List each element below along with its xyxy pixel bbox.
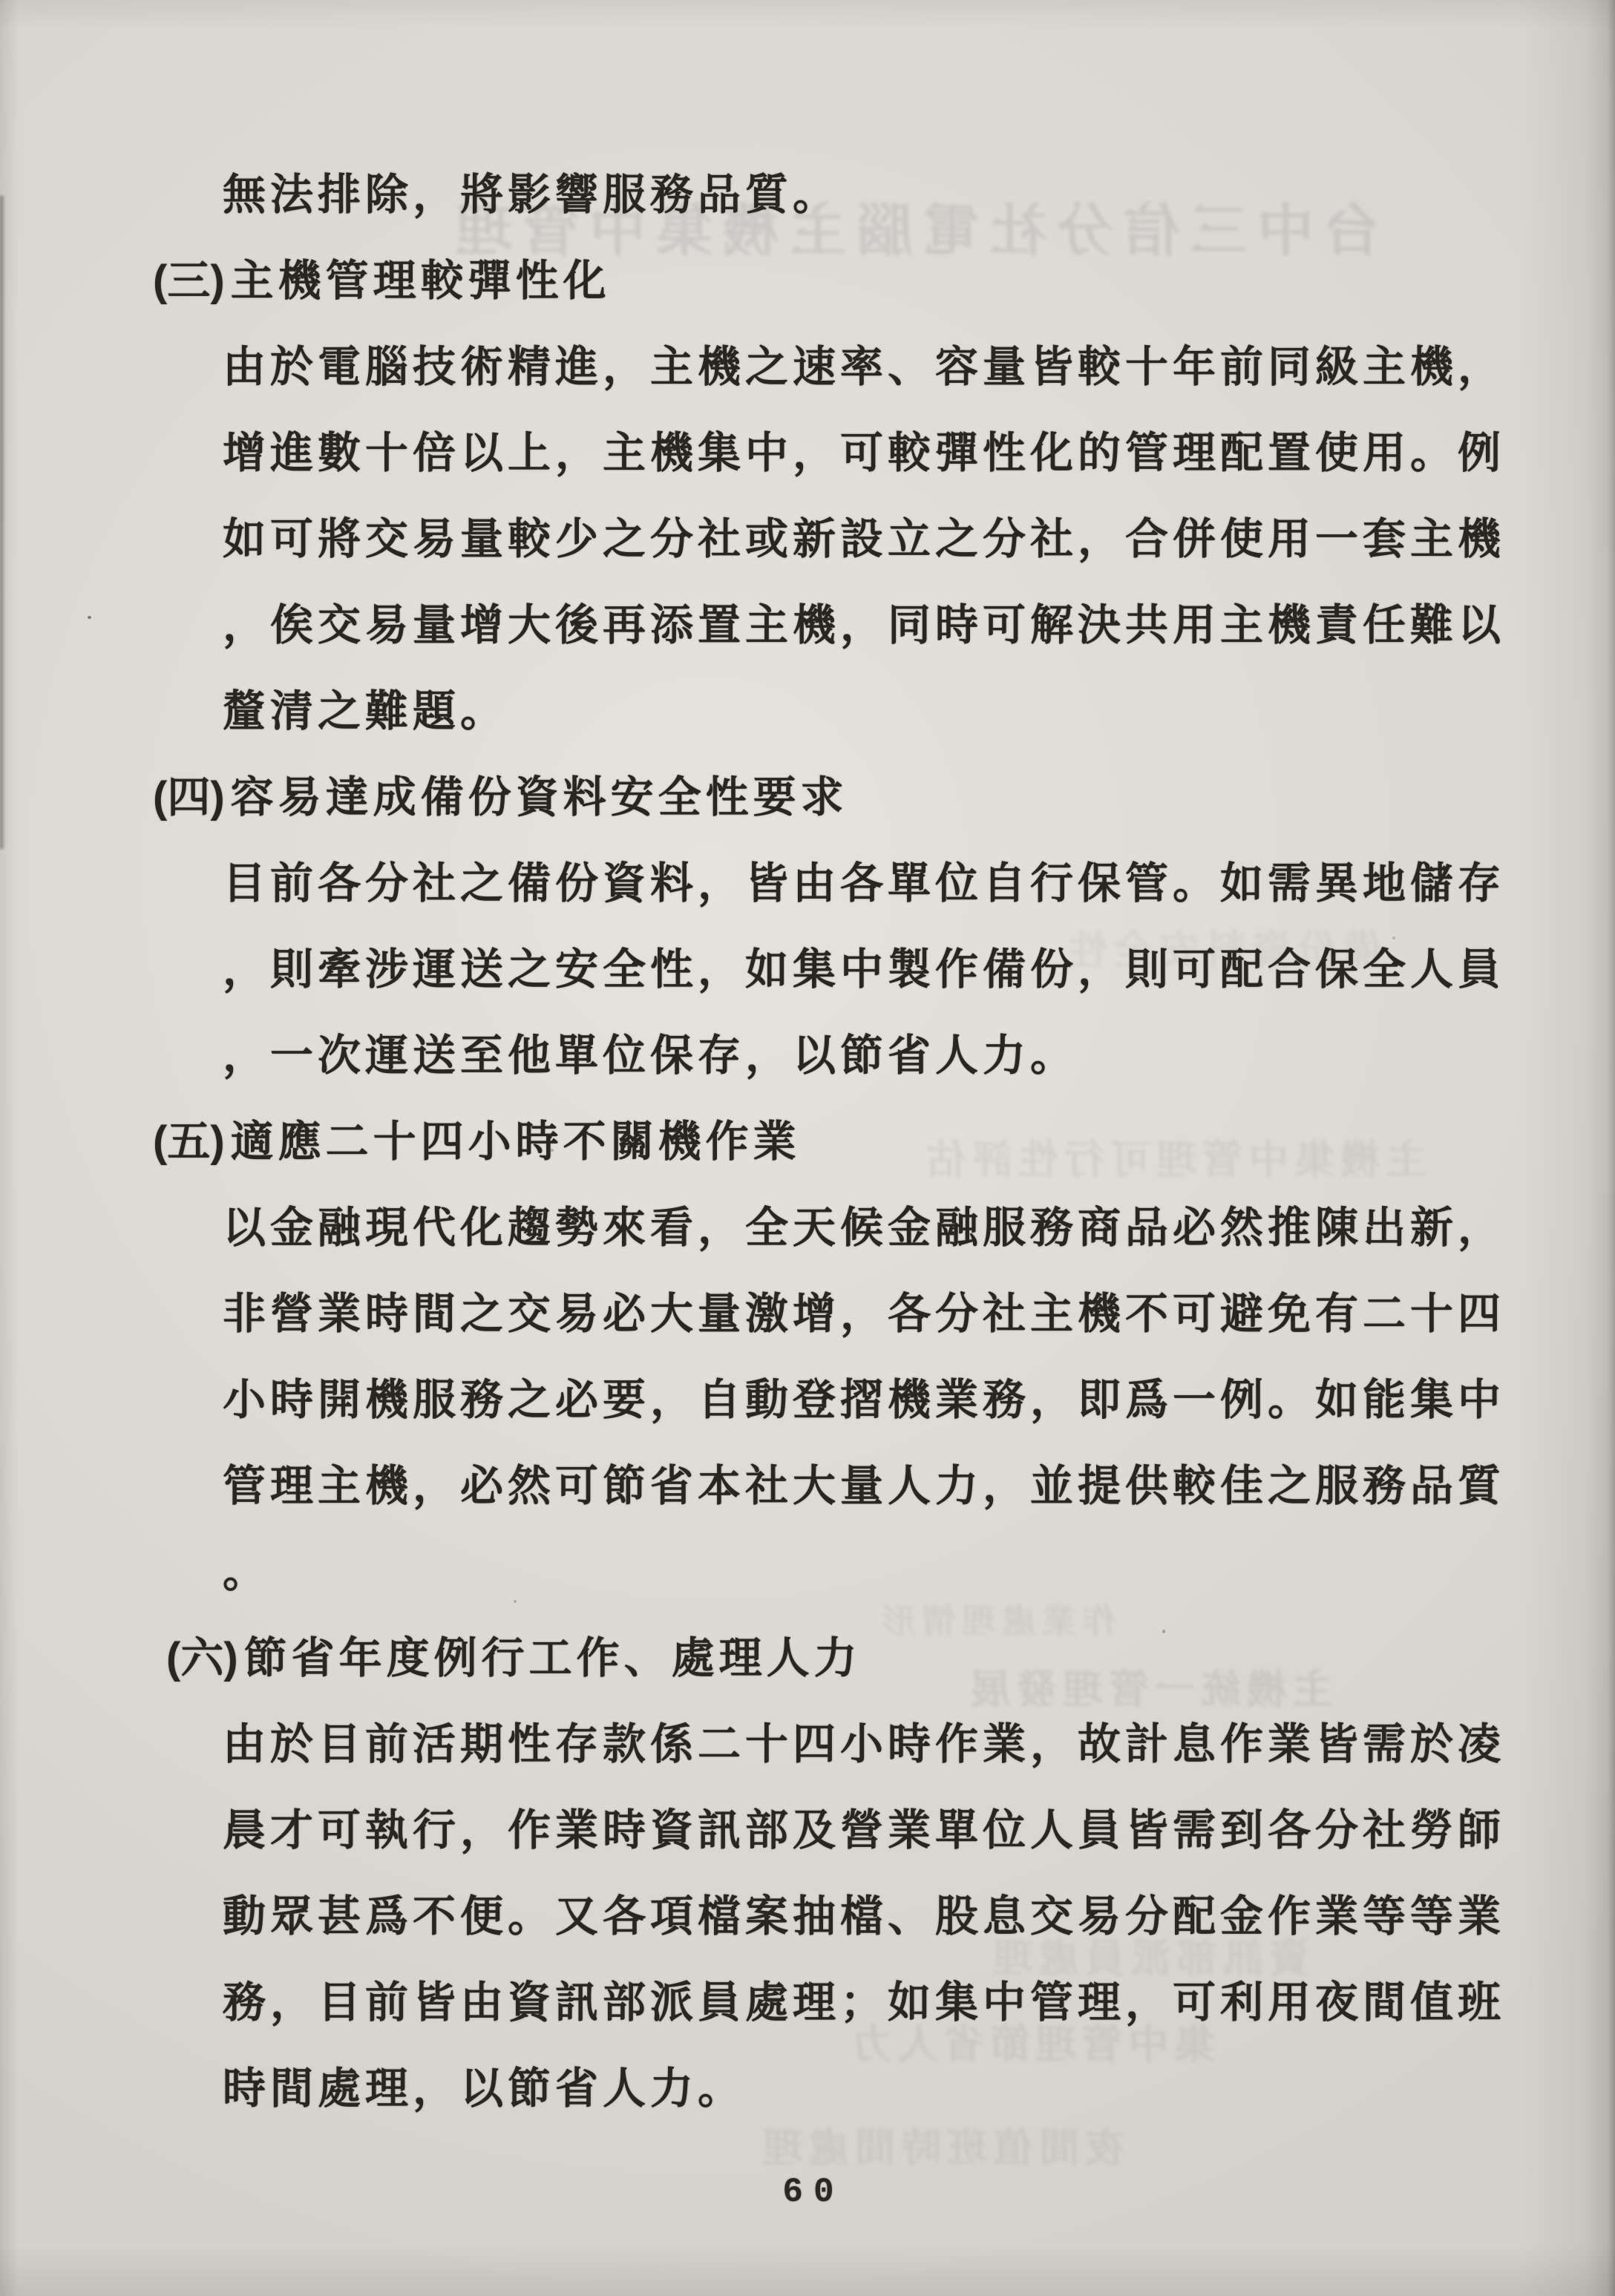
line-text: 增進數十倍以上，主機集中，可較彈性化的管理配置使用。例 — [223, 418, 1505, 480]
section-title: 主機管理較彈性化 — [231, 246, 611, 308]
text-line: 。 — [0, 1525, 1615, 1611]
line-text: 由於目前活期性存款係二十四小時作業，故計息作業皆需於凌 — [223, 1709, 1505, 1771]
scanned-document-page: 台中三信分社電腦主機集中管理 主機集中管理可行性評估 備份資料安全性 主機統一管… — [0, 0, 1615, 2296]
text-line: 無法排除，將影響服務品質。 — [0, 148, 1615, 234]
line-text: 。 — [223, 1537, 270, 1599]
line-text: ，則牽涉運送之安全性，如集中製作備份，則可配合保全人員 — [223, 934, 1505, 997]
section-title: 容易達成備份資料安全性要求 — [231, 762, 848, 824]
line-text: 動眾甚爲不便。又各項檔案抽檔、股息交易分配金作業等等業 — [223, 1881, 1505, 1944]
dust-speck — [1162, 1630, 1165, 1633]
line-text: ，一次運送至他單位保存，以節省人力。 — [223, 1020, 1078, 1083]
page-text: 無法排除，將影響服務品質。 (三)主機管理較彈性化 由於電腦技術精進，主機之速率… — [0, 148, 1615, 2128]
section-marker: (三) — [153, 246, 225, 308]
section-marker: (五) — [153, 1106, 225, 1169]
line-text: 小時開機服務之必要，自動登摺機業務，即爲一例。如能集中 — [223, 1365, 1505, 1427]
line-text: 管理主機，必然可節省本社大量人力，並提供較佳之服務品質 — [223, 1451, 1505, 1513]
text-line: 非營業時間之交易必大量激增，各分社主機不可避免有二十四 — [0, 1267, 1615, 1353]
section-marker: (四) — [153, 762, 225, 824]
text-line: 務，目前皆由資訊部派員處理；如集中管理，可利用夜間值班 — [0, 1955, 1615, 2041]
text-line: 小時開機服務之必要，自動登摺機業務，即爲一例。如能集中 — [0, 1353, 1615, 1439]
section-heading: (六)節省年度例行工作、處理人力 — [0, 1611, 1615, 1697]
text-line: 由於電腦技術精進，主機之速率、容量皆較十年前同級主機， — [0, 320, 1615, 406]
text-line: 目前各分社之備份資料，皆由各單位自行保管。如需異地儲存 — [0, 836, 1615, 922]
text-line: 以金融現代化趨勢來看，全天候金融服務商品必然推陳出新， — [0, 1181, 1615, 1267]
text-line: ，一次運送至他單位保存，以節省人力。 — [0, 1008, 1615, 1095]
section-title: 適應二十四小時不關機作業 — [231, 1106, 801, 1169]
text-line: 晨才可執行，作業時資訊部及營業單位人員皆需到各分社勞師 — [0, 1783, 1615, 1869]
dust-speck — [551, 1149, 554, 1152]
text-line: 增進數十倍以上，主機集中，可較彈性化的管理配置使用。例 — [0, 406, 1615, 492]
dust-speck — [88, 616, 91, 619]
line-text: 由於電腦技術精進，主機之速率、容量皆較十年前同級主機， — [223, 332, 1505, 394]
dust-speck — [1392, 937, 1395, 939]
text-line: 由於目前活期性存款係二十四小時作業，故計息作業皆需於凌 — [0, 1697, 1615, 1783]
line-text: 如可將交易量較少之分社或新設立之分社，合併使用一套主機 — [223, 504, 1505, 566]
section-marker: (六) — [166, 1623, 238, 1685]
text-line: 時間處理，以節省人力。 — [0, 2041, 1615, 2128]
line-text: 以金融現代化趨勢來看，全天候金融服務商品必然推陳出新， — [223, 1193, 1505, 1255]
dust-speck — [514, 1600, 517, 1603]
text-line: 管理主機，必然可節省本社大量人力，並提供較佳之服務品質 — [0, 1439, 1615, 1525]
line-text: 時間處理，以節省人力。 — [223, 2053, 745, 2116]
section-heading: (五)適應二十四小時不關機作業 — [0, 1095, 1615, 1181]
page-number: 60 — [0, 2173, 1615, 2211]
text-line: ，則牽涉運送之安全性，如集中製作備份，則可配合保全人員 — [0, 922, 1615, 1008]
line-text: 釐清之難題。 — [223, 676, 508, 738]
section-title: 節省年度例行工作、處理人力 — [244, 1623, 862, 1685]
text-line: 動眾甚爲不便。又各項檔案抽檔、股息交易分配金作業等等業 — [0, 1869, 1615, 1955]
line-text: 務，目前皆由資訊部派員處理；如集中管理，可利用夜間值班 — [223, 1967, 1505, 2030]
line-text: ，俟交易量增大後再添置主機，同時可解決共用主機責任難以 — [223, 590, 1505, 652]
line-text: 非營業時間之交易必大量激增，各分社主機不可避免有二十四 — [223, 1279, 1505, 1341]
section-heading: (四)容易達成備份資料安全性要求 — [0, 750, 1615, 836]
line-text: 目前各分社之備份資料，皆由各單位自行保管。如需異地儲存 — [223, 848, 1505, 911]
section-heading: (三)主機管理較彈性化 — [0, 234, 1615, 320]
text-line: 如可將交易量較少之分社或新設立之分社，合併使用一套主機 — [0, 492, 1615, 578]
line-text: 無法排除，將影響服務品質。 — [223, 160, 840, 222]
text-line: 釐清之難題。 — [0, 664, 1615, 750]
page-gutter-shadow — [0, 196, 5, 849]
line-text: 晨才可執行，作業時資訊部及營業單位人員皆需到各分社勞師 — [223, 1795, 1505, 1857]
text-line: ，俟交易量增大後再添置主機，同時可解決共用主機責任難以 — [0, 578, 1615, 664]
